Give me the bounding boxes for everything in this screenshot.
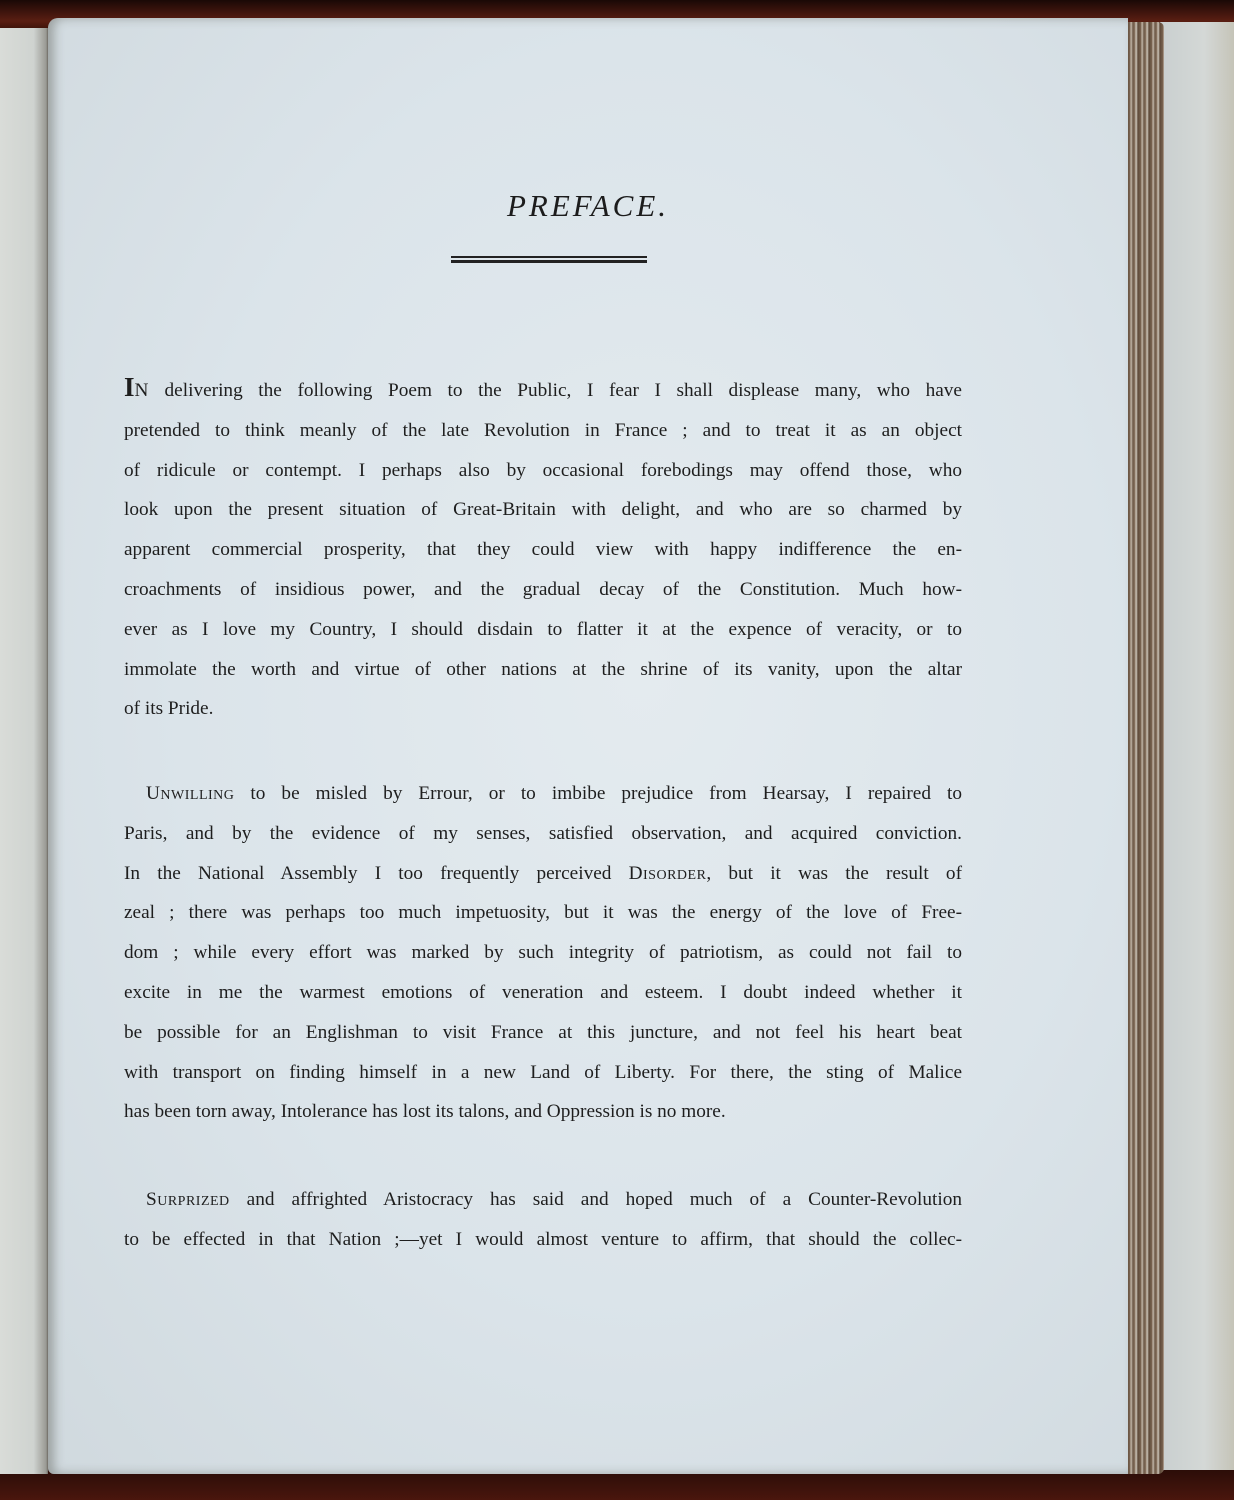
initial-letter: I: [124, 372, 135, 402]
text-line: to be effected in that Nation ;—yet I wo…: [124, 1220, 962, 1260]
underlying-page-right: [1160, 22, 1234, 1470]
facing-page-left: [0, 28, 48, 1474]
text-line: excite in me the warmest emotions of ven…: [124, 973, 962, 1013]
text-line: immolate the worth and virtue of other n…: [124, 650, 962, 690]
text-line: be possible for an Englishman to visit F…: [124, 1013, 962, 1053]
book-binding-bottom: [0, 1470, 1234, 1500]
text-line: with transport on finding himself in a n…: [124, 1053, 962, 1093]
lead-word: Surprized: [146, 1189, 230, 1210]
book-page: PREFACE. IN delivering the following Poe…: [48, 18, 1128, 1474]
lead-word: Unwilling: [146, 783, 234, 804]
text-line: dom ; while every effort was marked by s…: [124, 933, 962, 973]
page-fore-edge: [1122, 22, 1164, 1474]
text-line: look upon the present situation of Great…: [124, 490, 962, 530]
text-line: pretended to think meanly of the late Re…: [124, 411, 962, 451]
text-line: of ridicule or contempt. I perhaps also …: [124, 451, 962, 491]
text-line: Paris, and by the evidence of my senses,…: [124, 814, 962, 854]
paragraph-1: IN delivering the following Poem to the …: [124, 368, 962, 729]
emphasis-word: Disorder: [629, 863, 707, 884]
text-line: In the National Assembly I too frequentl…: [124, 854, 962, 894]
paragraph-3: Surprized and affrighted Aristocracy has…: [124, 1180, 962, 1260]
text-line: ever as I love my Country, I should disd…: [124, 610, 962, 650]
text-line: Unwilling to be misled by Errour, or to …: [124, 774, 962, 814]
paragraph-2: Unwilling to be misled by Errour, or to …: [124, 774, 962, 1132]
text-line: has been torn away, Intolerance has lost…: [124, 1092, 962, 1132]
text-line: apparent commercial prosperity, that the…: [124, 530, 962, 570]
text-line: Surprized and affrighted Aristocracy has…: [124, 1180, 962, 1220]
title-double-rule: [451, 256, 647, 263]
page-title: PREFACE.: [48, 188, 1128, 224]
text-line: IN delivering the following Poem to the …: [124, 368, 962, 411]
text-line: croachments of insidious power, and the …: [124, 570, 962, 610]
text-line: zeal ; there was perhaps too much impetu…: [124, 893, 962, 933]
text-line: of its Pride.: [124, 689, 962, 729]
